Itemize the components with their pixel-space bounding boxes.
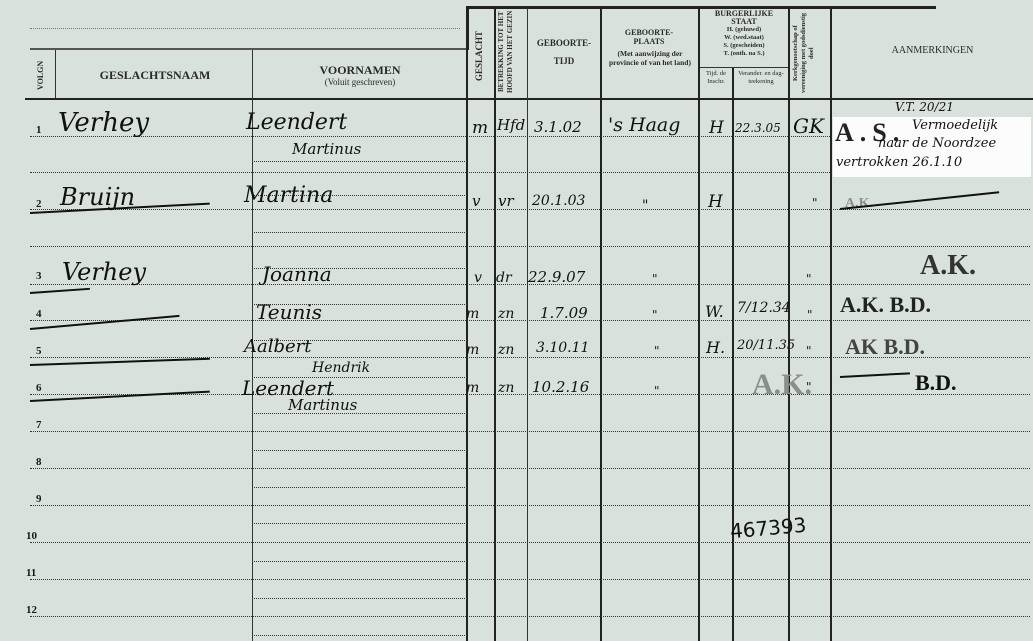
note-line-3: vertrokken 26.1.10 bbox=[836, 155, 962, 170]
row-line bbox=[30, 616, 1030, 617]
cell-aanmerkingen: B.D. bbox=[915, 370, 957, 396]
cell-geslacht: m bbox=[466, 342, 479, 358]
row-line bbox=[252, 161, 467, 162]
cell-betrekking: zn bbox=[498, 342, 514, 358]
cell-geslacht: m bbox=[472, 118, 488, 138]
cell-geboorteplaats: " bbox=[654, 344, 660, 358]
cell-voornamen: Leendert bbox=[246, 110, 347, 135]
staat-sub-line bbox=[700, 67, 788, 68]
archive-number: 467393 bbox=[729, 513, 807, 544]
row-number: 5 bbox=[36, 345, 42, 357]
row-line bbox=[252, 450, 467, 451]
cell-kerk: " bbox=[806, 344, 812, 358]
cell-aanmerkingen: A.K. B.D. bbox=[840, 292, 931, 318]
col-line-tijd-inschr bbox=[732, 68, 734, 641]
row-line bbox=[252, 635, 467, 636]
cell-aanmerkingen-vt: V.T. 20/21 bbox=[895, 100, 954, 114]
row-line bbox=[252, 232, 467, 233]
cell-verandering: 7/12.34 bbox=[737, 300, 791, 316]
row-number: 3 bbox=[36, 270, 42, 282]
header-geslachtsnaam: GESLACHTSNAAM bbox=[60, 68, 250, 83]
stamp-ak-faint: A.K. bbox=[752, 368, 812, 402]
header-bottom-line bbox=[25, 98, 1033, 100]
header-step-line bbox=[466, 6, 469, 50]
cell-betrekking: Hfd bbox=[497, 116, 525, 134]
header-aanmerkingen: AANMERKINGEN bbox=[835, 45, 1030, 56]
row-line bbox=[30, 542, 1030, 543]
header-geboorteplaats-2: PLAATS bbox=[602, 37, 696, 46]
cell-geboortetijd: 1.7.09 bbox=[540, 304, 588, 322]
header-geslacht: GESLACHT bbox=[474, 18, 484, 94]
row-number: 9 bbox=[36, 493, 42, 505]
header-staat-w: W. (wed.staat) bbox=[700, 34, 788, 42]
strikethrough bbox=[30, 358, 210, 366]
header-staat-2: STAAT bbox=[700, 17, 788, 26]
row-number: 4 bbox=[36, 308, 42, 320]
header-betrekking: BETREKKING TOT HET HOOFD VAN HET GEZIN bbox=[497, 8, 525, 96]
strikethrough bbox=[840, 372, 910, 378]
cell-voornamen-hint: Hendrik bbox=[312, 360, 370, 376]
header-staat-h: H. (gehuwd) bbox=[700, 26, 788, 34]
cell-geboorteplaats: " bbox=[652, 272, 658, 286]
header-volgnr: VOLGN bbox=[36, 56, 45, 94]
cell-betrekking: dr bbox=[496, 270, 512, 286]
header-geboortetijd-1: GEBOORTE- bbox=[530, 38, 598, 48]
row-line bbox=[252, 598, 467, 599]
col-line-geboortetijd bbox=[600, 8, 602, 641]
header-kerkgenootschap: Kerkgenootschap of vereeniging met godsd… bbox=[792, 10, 828, 96]
cell-geboortetijd: 22.9.07 bbox=[528, 268, 585, 286]
col-line-geboorteplaats bbox=[698, 8, 700, 641]
cell-geslacht: m bbox=[466, 306, 479, 322]
cell-aanmerkingen: AK B.D. bbox=[845, 334, 925, 360]
row-number: 12 bbox=[26, 604, 37, 616]
cell-geslacht: m bbox=[466, 380, 479, 396]
header-voornamen-sub: (Voluit geschreven) bbox=[255, 78, 465, 87]
col-line-burgerlijke bbox=[788, 8, 790, 641]
cell-verandering: 22.3.05 bbox=[735, 121, 781, 135]
row-line bbox=[30, 394, 1030, 395]
cell-aanmerkingen: A.K. bbox=[920, 250, 976, 282]
row-number: 1 bbox=[36, 124, 42, 136]
cell-kerk: " bbox=[807, 308, 813, 322]
header-staat-s: S. (gescheiden) bbox=[700, 42, 788, 50]
cell-geboortetijd: 3.10.11 bbox=[536, 340, 589, 356]
cell-geboorteplaats: " bbox=[642, 198, 648, 214]
cell-kerk: " bbox=[806, 380, 812, 394]
cell-geslachtsnaam: Verhey bbox=[58, 108, 149, 138]
row-number: 8 bbox=[36, 456, 42, 468]
cell-staat: H bbox=[709, 118, 724, 138]
header-staat-t: T. (onth. na S.) bbox=[700, 50, 788, 58]
row-line bbox=[30, 579, 1030, 580]
row-line bbox=[30, 246, 1030, 247]
cell-geslacht: v bbox=[474, 270, 482, 286]
row-line bbox=[30, 209, 1030, 210]
cell-staat: H. bbox=[706, 338, 725, 357]
row-number: 10 bbox=[26, 530, 37, 542]
header-verandering: Verander. en dag-teekening bbox=[734, 70, 788, 86]
col-line-betrekking bbox=[527, 8, 528, 641]
strikethrough bbox=[30, 288, 90, 294]
cell-geboorteplaats: " bbox=[654, 384, 660, 398]
cell-voornamen-2: Martinus bbox=[288, 396, 357, 414]
note-line-1: Vermoedelijk bbox=[912, 118, 998, 133]
cell-kerk: " bbox=[812, 196, 818, 210]
cell-geboortetijd: 3.1.02 bbox=[534, 118, 582, 136]
cell-geboorteplaats: " bbox=[652, 308, 658, 322]
header-geboorteplaats-1: GEBOORTE- bbox=[602, 28, 696, 37]
cell-voornamen: Martina bbox=[244, 183, 333, 208]
strikethrough bbox=[30, 315, 180, 330]
row-line bbox=[252, 487, 467, 488]
row-line bbox=[30, 468, 1030, 469]
row-line bbox=[30, 320, 1030, 321]
cell-voornamen: Aalbert bbox=[244, 336, 312, 357]
row-line bbox=[252, 561, 467, 562]
row-number: 2 bbox=[36, 198, 42, 210]
cell-betrekking: vr bbox=[498, 192, 514, 210]
cell-verandering: 20/11.35 bbox=[737, 338, 795, 353]
note-line-2: naar de Noordzee bbox=[878, 136, 996, 151]
row-number: 6 bbox=[36, 382, 42, 394]
row-line bbox=[252, 413, 467, 414]
row-line bbox=[30, 505, 1030, 506]
header-geboortetijd-2: TIJD bbox=[530, 56, 598, 66]
cell-voornamen: Teunis bbox=[256, 300, 322, 324]
col-line-geslacht bbox=[494, 8, 496, 641]
cell-geslachtsnaam: Verhey bbox=[62, 258, 146, 286]
cell-betrekking: zn bbox=[498, 380, 514, 396]
row-number: 11 bbox=[26, 567, 36, 579]
header-top-line bbox=[30, 48, 466, 50]
row-number: 7 bbox=[36, 419, 42, 431]
cell-kerk: " bbox=[806, 272, 812, 286]
cell-geboortetijd: 10.2.16 bbox=[532, 378, 589, 396]
cell-geboortetijd: 20.1.03 bbox=[532, 193, 585, 209]
cell-voornamen-2: Martinus bbox=[292, 140, 361, 158]
col-line-kerk bbox=[830, 8, 832, 641]
row-line bbox=[30, 431, 1030, 432]
cell-kerk: GK bbox=[793, 114, 824, 138]
header-geboorteplaats-sub: (Met aanwijzing der provincie of van het… bbox=[606, 49, 694, 67]
col-line-volgnr bbox=[55, 50, 56, 98]
cell-geslacht: v bbox=[472, 192, 480, 210]
cell-betrekking: zn bbox=[498, 306, 514, 322]
row-line bbox=[252, 523, 467, 524]
strikethrough bbox=[30, 391, 210, 402]
header-tijd-inschr: Tijd. de Inschr. bbox=[700, 70, 732, 86]
top-print-line bbox=[30, 28, 460, 29]
header-voornamen: VOORNAMEN bbox=[255, 63, 465, 78]
cell-geboorteplaats: 's Haag bbox=[608, 114, 680, 136]
cell-staat: W. bbox=[705, 302, 724, 321]
cell-staat: H bbox=[708, 192, 723, 212]
cell-voornamen: Joanna bbox=[262, 262, 332, 286]
